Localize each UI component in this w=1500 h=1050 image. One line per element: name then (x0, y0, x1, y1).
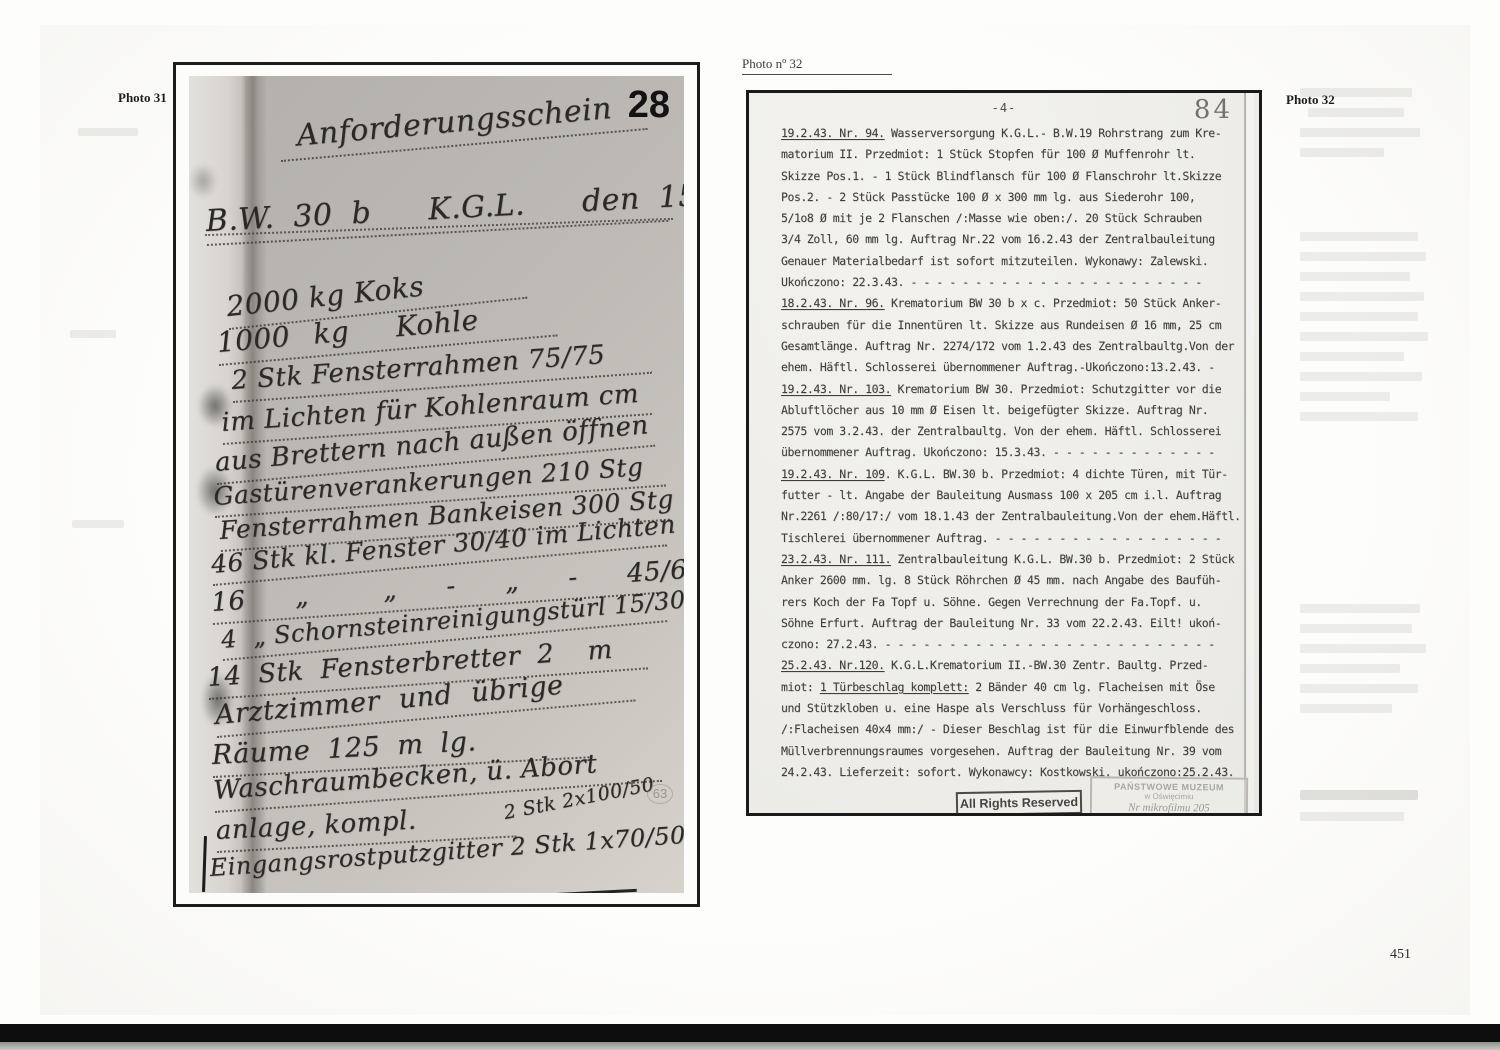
typed-line: 3/4 Zoll, 60 mm lg. Auftrag Nr.22 vom 16… (781, 229, 1255, 250)
bleed-through-line (78, 128, 138, 136)
typed-line: Ukończono: 22.3.43. - - - - - - - - - - … (781, 272, 1255, 293)
typed-line: Söhne Erfurt. Auftrag der Bauleitung Nr.… (781, 613, 1255, 634)
scan-edge-black-band (0, 1024, 1500, 1042)
bleed-through-line (1300, 790, 1418, 800)
typed-line: Skizze Pos.1. - 1 Stück Blindflansch für… (781, 166, 1255, 187)
typed-line: und Stützkloben u. eine Haspe als Versch… (781, 698, 1255, 719)
bleed-through-line (1300, 684, 1418, 693)
photo32-caption: Photo nº 32 (742, 56, 892, 75)
typed-line: ehem. Häftl. Schlosserei übernommener Au… (781, 357, 1255, 378)
faint-archive-number: 63 (647, 784, 673, 804)
bleed-through-line (1300, 624, 1412, 633)
typed-line: 2575 vom 3.2.43. der Zentralbaultg. Von … (781, 421, 1255, 442)
typed-line: 18.2.43. Nr. 96. Krematorium BW 30 b x c… (781, 293, 1255, 314)
museum-stamp-line3: Nr mikrofilmu 205 (1092, 801, 1246, 814)
typed-line: Gesamtlänge. Auftrag Nr. 2274/172 vom 1.… (781, 336, 1255, 357)
scan-edge-gray-band (0, 1042, 1500, 1050)
museum-stamp-line1: PAŃSTWOWE MUZEUM (1092, 781, 1246, 792)
ink-smudge (189, 156, 223, 206)
typed-line: Genauer Materialbedarf ist sofort mitzut… (781, 251, 1255, 272)
bleed-through-line (1300, 644, 1426, 653)
bleed-through-line (1300, 664, 1400, 673)
rights-reserved-stamp: All Rights Reserved (956, 790, 1082, 816)
photo31-image: 28 Anforderungsschein B.W. 30 b K.G.L. d… (189, 76, 684, 893)
typed-line: 19.2.43. Nr. 109. K.G.L. BW.30 b. Przedm… (781, 464, 1255, 485)
typed-line: 19.2.43. Nr. 103. Krematorium BW 30. Prz… (781, 379, 1255, 400)
bleed-through-line (1300, 704, 1392, 713)
typed-line: 19.2.43. Nr. 94. Wasserversorgung K.G.L.… (781, 123, 1255, 144)
bleed-through-line (1300, 272, 1410, 281)
typed-line: übernommener Auftrag. Ukończono: 15.3.43… (781, 442, 1255, 463)
typed-line: 5/1o8 Ø mit je 2 Flanschen /:Masse wie o… (781, 208, 1255, 229)
handwritten-line: B.W. 30 b K.G.L. den 15/II. 43 (205, 180, 669, 246)
typed-line: czono: 27.2.43. - - - - - - - - - - - - … (781, 634, 1255, 655)
bleed-through-line (1300, 372, 1422, 381)
book-page-number: 451 (1390, 947, 1411, 963)
handwritten-line: Anforderungsschein (277, 88, 647, 162)
typed-line: 23.2.43. Nr. 111. Zentralbauleitung K.G.… (781, 549, 1255, 570)
bleed-through-line (1300, 88, 1412, 97)
typed-line: /:Flacheisen 40x4 mm:/ - Dieser Beschlag… (781, 719, 1255, 740)
photo32-frame: -4- 84 19.2.43. Nr. 94. Wasserversorgung… (746, 90, 1262, 816)
typed-page-number: -4- (749, 101, 1259, 115)
typed-line: miot: 1 Türbeschlag komplett: 2 Bänder 4… (781, 677, 1255, 698)
bleed-through-line (1300, 412, 1418, 421)
bleed-through-line (1300, 332, 1428, 341)
typed-line: Müllverbrennungsraumes vorgesehen. Auftr… (781, 741, 1255, 762)
typed-line: Pos.2. - 2 Stück Passtücke 100 Ø x 300 m… (781, 187, 1255, 208)
typed-line: schrauben für die Innentüren lt. Skizze … (781, 315, 1255, 336)
bleed-through-line (1300, 148, 1384, 157)
photo32-corner-number: 84 (1194, 95, 1233, 125)
museum-stamp-line2: w Oświęcimiu (1092, 791, 1246, 801)
typed-line: rers Koch der Fa Topf u. Söhne. Gegen Ve… (781, 592, 1255, 613)
typed-text-block: 19.2.43. Nr. 94. Wasserversorgung K.G.L.… (781, 123, 1255, 783)
bleed-through-line (1300, 392, 1390, 401)
bleed-through-line (1300, 604, 1420, 613)
bleed-through-line (1300, 232, 1418, 241)
typed-line: Anker 2600 mm. lg. 8 Stück Röhrchen Ø 45… (781, 570, 1255, 591)
closing-pen-stroke (209, 889, 637, 893)
bleed-through-line (72, 520, 124, 528)
typed-line: 25.2.43. Nr.120. K.G.L.Krematorium II.-B… (781, 655, 1255, 676)
bleed-through-line (1300, 312, 1418, 321)
paper-fold-line (1244, 93, 1246, 813)
typed-line: Nr.2261 /:80/17:/ vom 18.1.43 der Zentra… (781, 506, 1255, 527)
typed-line: matorium II. Przedmiot: 1 Stück Stopfen … (781, 144, 1255, 165)
photo31-margin-label: Photo 31 (118, 90, 167, 106)
bleed-through-line (1300, 252, 1426, 261)
typed-line: Abluftlöcher aus 10 mm Ø Eisen lt. beige… (781, 400, 1255, 421)
typed-line: Tischlerei übernommener Auftrag. - - - -… (781, 528, 1255, 549)
paper-edge-highlight (1247, 93, 1254, 813)
bleed-through-line (70, 330, 116, 338)
photo31-frame: 28 Anforderungsschein B.W. 30 b K.G.L. d… (173, 62, 700, 907)
bleed-through-line (1308, 108, 1404, 117)
bleed-through-line (1300, 812, 1404, 821)
typed-line: futter - lt. Angabe der Bauleitung Ausma… (781, 485, 1255, 506)
bleed-through-line (1300, 352, 1404, 361)
bleed-through-line (1300, 292, 1424, 301)
book-scan-page: Photo 31 Photo 32 Photo nº 32 451 28 Anf… (0, 0, 1500, 1050)
museum-stamp: PAŃSTWOWE MUZEUM w Oświęcimiu Nr mikrofi… (1090, 776, 1248, 816)
bleed-through-line (1300, 128, 1420, 137)
